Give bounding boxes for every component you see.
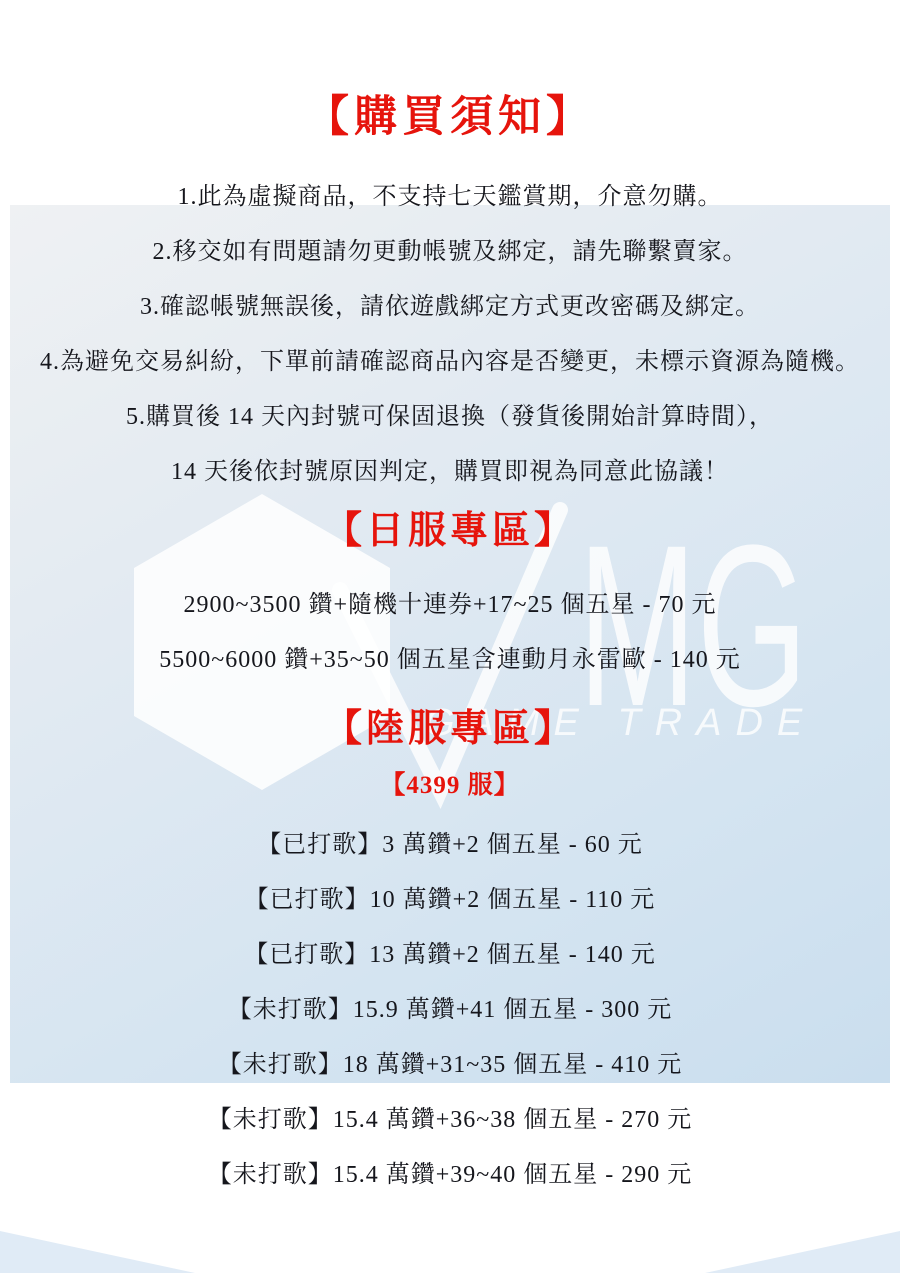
price-item: 【已打歌】10 萬鑽+2 個五星 - 110 元 <box>0 873 900 928</box>
jp-server-price-list: 2900~3500 鑽+隨機十連券+17~25 個五星 - 70 元 5500~… <box>0 578 900 688</box>
price-item: 【已打歌】13 萬鑽+2 個五星 - 140 元 <box>0 928 900 983</box>
notice-item: 3.確認帳號無誤後，請依遊戲綁定方式更改密碼及綁定。 <box>0 280 900 335</box>
jp-server-section-title: 【日服專區】 <box>0 500 900 562</box>
notice-item: 4.為避免交易糾紛，下單前請確認商品內容是否變更，未標示資源為隨機。 <box>0 335 900 390</box>
page-title: 【購買須知】 <box>0 92 900 144</box>
cn-server-price-list: 【已打歌】3 萬鑽+2 個五星 - 60 元 【已打歌】10 萬鑽+2 個五星 … <box>0 818 900 1203</box>
notice-item: 1.此為虛擬商品，不支持七天鑑賞期，介意勿購。 <box>0 170 900 225</box>
price-item: 【未打歌】15.9 萬鑽+41 個五星 - 300 元 <box>0 983 900 1038</box>
price-item: 【未打歌】18 萬鑽+31~35 個五星 - 410 元 <box>0 1038 900 1093</box>
cn-4399-subtitle: 【4399 服】 <box>0 766 900 806</box>
price-item: 5500~6000 鑽+35~50 個五星含連動月永雷歐 - 140 元 <box>0 633 900 688</box>
price-item: 【未打歌】15.4 萬鑽+39~40 個五星 - 290 元 <box>0 1148 900 1203</box>
notice-list: 1.此為虛擬商品，不支持七天鑑賞期，介意勿購。 2.移交如有問題請勿更動帳號及綁… <box>0 170 900 500</box>
notice-item: 5.購買後 14 天內封號可保固退換（發貨後開始計算時間）， <box>0 390 900 445</box>
purchase-notice-page: MG GAME TRADE 【購買須知】 1.此為虛擬商品，不支持七天鑑賞期，介… <box>0 0 900 1273</box>
price-item: 【已打歌】3 萬鑽+2 個五星 - 60 元 <box>0 818 900 873</box>
price-item: 2900~3500 鑽+隨機十連券+17~25 個五星 - 70 元 <box>0 578 900 633</box>
cn-server-section-title: 【陸服專區】 <box>0 698 900 760</box>
notice-item: 2.移交如有問題請勿更動帳號及綁定，請先聯繫賣家。 <box>0 225 900 280</box>
notice-item: 14 天後依封號原因判定，購買即視為同意此協議！ <box>0 445 900 500</box>
price-item: 【未打歌】15.4 萬鑽+36~38 個五星 - 270 元 <box>0 1093 900 1148</box>
document-content: 【購買須知】 1.此為虛擬商品，不支持七天鑑賞期，介意勿購。 2.移交如有問題請… <box>0 0 900 1273</box>
